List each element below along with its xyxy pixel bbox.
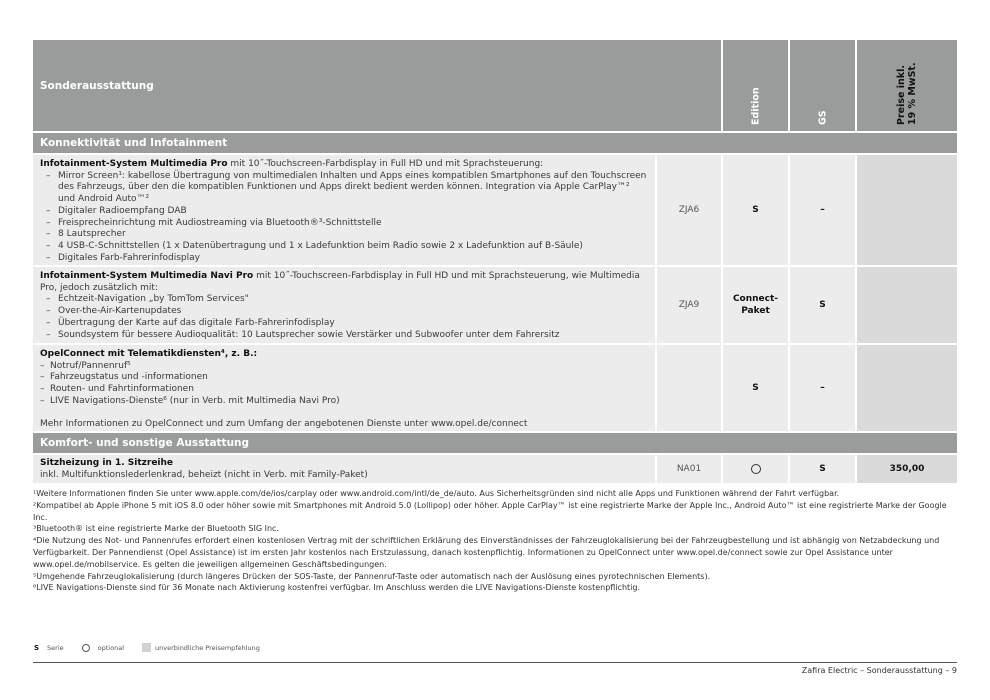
list-item: 4 USB-C-Schnittstellen (1 x Datenübertra…: [46, 241, 648, 253]
option-code: [657, 345, 723, 431]
footnotes: ¹Weitere Informationen finden Sie unter …: [33, 488, 963, 594]
footnote: ⁴Die Nutzung des Not- und Pannenrufes er…: [33, 535, 963, 570]
equipment-table: Sonderausstattung Edition GS Preise inkl…: [33, 40, 957, 485]
price-value: 350,00: [857, 455, 957, 483]
option-code: ZJA9: [657, 267, 723, 343]
gs-value: S: [790, 267, 857, 343]
price-value: [857, 155, 957, 265]
edition-value: [723, 455, 790, 483]
gs-value: –: [790, 345, 857, 431]
list-item: Soundsystem für bessere Audioqualität: 1…: [46, 330, 648, 342]
footnote: ⁶LIVE Navigations-Dienste sind für 36 Mo…: [33, 582, 963, 594]
table-row: Infotainment-System Multimedia Navi Pro …: [33, 267, 957, 345]
row-description: Infotainment-System Multimedia Navi Pro …: [33, 267, 657, 343]
row-description: OpelConnect mit Telematikdiensten⁴, z. B…: [33, 345, 657, 431]
header-gs: GS: [790, 40, 857, 131]
row-description: Infotainment-System Multimedia Pro mit 1…: [33, 155, 657, 265]
edition-value: S: [723, 345, 790, 431]
gs-value: S: [790, 455, 857, 483]
table-title: Sonderausstattung: [33, 40, 721, 131]
list-item: Digitaler Radioempfang DAB: [46, 206, 648, 218]
footnote: ²Kompatibel ab Apple iPhone 5 mit iOS 8.…: [33, 500, 963, 524]
list-item: Fahrzeugstatus und -informationen: [40, 372, 648, 384]
footnote: ¹Weitere Informationen finden Sie unter …: [33, 488, 963, 500]
list-item: Freisprecheinrichtung mit Audiostreaming…: [46, 218, 648, 230]
section-header-connectivity: Konnektivität und Infotainment: [33, 133, 957, 155]
list-item: Over-the-Air-Kartenupdates: [46, 306, 648, 318]
edition-label: Edition: [750, 87, 761, 125]
list-item: Übertragung der Karte auf das digitale F…: [46, 318, 648, 330]
header-edition: Edition: [723, 40, 790, 131]
edition-value: Connect-Paket: [723, 267, 790, 343]
list-item: Routen- und Fahrtinformationen: [40, 384, 648, 396]
footnote: ⁵Umgehende Fahrzeuglokalisierung (durch …: [33, 571, 963, 583]
table-row: OpelConnect mit Telematikdiensten⁴, z. B…: [33, 345, 957, 433]
edition-value: S: [723, 155, 790, 265]
section-header-comfort: Komfort- und sonstige Ausstattung: [33, 433, 957, 455]
price-value: [857, 267, 957, 343]
price-value: [857, 345, 957, 431]
list-item: Echtzeit-Navigation „by TomTom Services": [46, 294, 648, 306]
list-item: Mirror Screen¹: kabellose Übertragung vo…: [46, 171, 648, 206]
table-row: Sitzheizung in 1. Sitzreihe inkl. Multif…: [33, 455, 957, 485]
footer-divider: [33, 662, 957, 663]
list-item: 8 Lautsprecher: [46, 229, 648, 241]
more-info-text: Mehr Informationen zu OpelConnect und zu…: [40, 419, 648, 431]
option-code: NA01: [657, 455, 723, 483]
gs-value: –: [790, 155, 857, 265]
legend: S Serie optional unverbindliche Preisemp…: [34, 643, 278, 652]
header-title-cell: Sonderausstattung: [33, 40, 723, 131]
list-item: LIVE Navigations-Dienste⁶ (nur in Verb. …: [40, 396, 648, 408]
price-swatch-icon: [142, 643, 151, 652]
page-footer: Zafira Electric – Sonderausstattung – 9: [802, 666, 957, 675]
list-item: Notruf/Pannenruf⁵: [40, 361, 648, 373]
header-price: Preise inkl.19 % MwSt.: [857, 40, 957, 131]
legend-price: unverbindliche Preisempfehlung: [142, 643, 260, 652]
table-row: Infotainment-System Multimedia Pro mit 1…: [33, 155, 957, 267]
optional-circle-icon: [82, 644, 90, 652]
option-code: ZJA6: [657, 155, 723, 265]
legend-serie: S Serie: [34, 644, 64, 652]
row-description: Sitzheizung in 1. Sitzreihe inkl. Multif…: [33, 455, 657, 483]
footnote: ³Bluetooth® ist eine registrierte Marke …: [33, 523, 963, 535]
optional-circle-icon: [751, 464, 761, 474]
table-header: Sonderausstattung Edition GS Preise inkl…: [33, 40, 957, 133]
gs-label: GS: [817, 110, 828, 125]
price-label: Preise inkl.19 % MwSt.: [896, 62, 918, 125]
legend-optional: optional: [82, 644, 124, 652]
list-item: Digitales Farb-Fahrerinfodisplay: [46, 253, 648, 265]
